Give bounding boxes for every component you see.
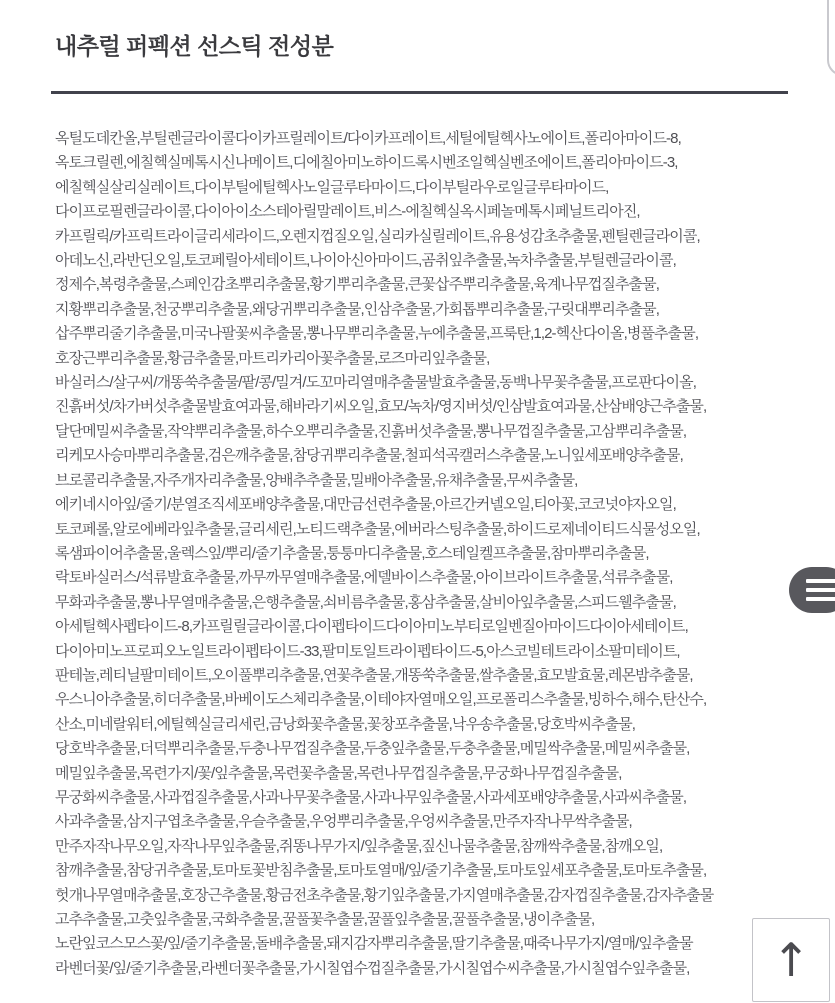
ingredients-line: 록샘파이어추출물,울렉스잎/뿌리/줄기추출물,퉁퉁마디추출물,호스테일켈프추출물…: [55, 542, 815, 566]
ingredients-line: 락토바실러스/석류발효추출물,까무까무열매추출물,에델바이스추출물,아이브라이트…: [55, 566, 815, 590]
ingredients-line: 메밀잎추출물,목련가지/꽃/잎추출물,목련꽃추출물,목련나무껍질추출물,무궁화나…: [55, 762, 815, 786]
ingredients-line: 고추추출물,고춧잎추출물,국화추출물,꿀풀꽃추출물,꿀풀잎추출물,꿀풀추출물,냉…: [55, 908, 815, 932]
ingredients-line: 무화과추출물,뽕나무열매추출물,은행추출물,쇠비름추출물,홍삼추출물,살비아잎추…: [55, 591, 815, 615]
ingredients-line: 판테놀,레티닐팔미테이트,오이풀뿌리추출물,연꽃추출물,개똥쑥추출물,쌀추출물,…: [55, 664, 815, 688]
ingredients-line: 호장근뿌리추출물,황금추출물,마트리카리아꽃추출물,로즈마리잎추출물,: [55, 347, 815, 371]
ingredients-line: 진흙버섯/차가버섯추출물발효여과물,해바라기씨오일,효모/녹차/영지버섯/인삼발…: [55, 395, 815, 419]
ingredients-line: 달단메밀씨추출물,작약뿌리추출물,하수오뿌리추출물,진흙버섯추출물,뽕나무껍질추…: [55, 420, 815, 444]
up-arrow-icon: ↑: [772, 937, 811, 983]
ingredients-line: 사과추출물,삼지구엽초추출물,우슬추출물,우엉뿌리추출물,우엉씨추출물,만주자작…: [55, 810, 815, 834]
ingredients-line: 아데노신,라반딘오일,토코페릴아세테이트,나이아신아마이드,곰취잎추출물,녹차추…: [55, 249, 815, 273]
ingredients-line: 노란잎코스모스꽃/잎/줄기추출물,돌배추출물,돼지감자뿌리추출물,딸기추출물,때…: [55, 932, 815, 956]
ingredients-line: 산소,미네랄워터,에틸헥실글리세린,금낭화꽃추출물,꽃창포추출물,낙우송추출물,…: [55, 713, 815, 737]
ingredients-line: 옥틸도데칸올,부틸렌글라이콜다이카프릴레이트/다이카프레이트,세틸에틸헥사노에이…: [55, 127, 815, 151]
ingredients-line: 참깨추출물,참당귀추출물,토마토꽃받침추출물,토마토열매/잎/줄기추출물,토마토…: [55, 859, 815, 883]
ingredients-line: 카프릴릭/카프릭트라이글리세라이드,오렌지껍질오일,실리카실릴레이트,유용성감초…: [55, 225, 815, 249]
ingredients-line: 삽주뿌리줄기추출물,미국나팔꽃씨추출물,뽕나무뿌리추출물,누에추출물,프룩탄,1…: [55, 322, 815, 346]
ingredients-line: 리케모사승마뿌리추출물,검은깨추출물,참당귀뿌리추출물,철피석곡캘러스추출물,노…: [55, 444, 815, 468]
ingredients-line: 옥토크릴렌,에칠헥실메톡시신나메이트,디에칠아미노하이드록시벤조일헥실벤조에이트…: [55, 151, 815, 175]
ingredients-line: 정제수,복령추출물,스페인감초뿌리추출물,황기뿌리추출물,큰꽃삽주뿌리추출물,육…: [55, 273, 815, 297]
ingredients-text-block: 옥틸도데칸올,부틸렌글라이콜다이카프릴레이트/다이카프레이트,세틸에틸헥사노에이…: [55, 127, 815, 981]
scroll-to-top-button[interactable]: ↑: [752, 918, 830, 1002]
ingredients-line: 라벤더꽃/잎/줄기추출물,라벤더꽃추출물,가시칠엽수껍질추출물,가시칠엽수씨추출…: [55, 957, 815, 981]
ingredients-line: 토코페롤,알로에베라잎추출물,글리세린,노티드랙추출물,에버라스팅추출물,하이드…: [55, 518, 815, 542]
title-divider: [51, 91, 788, 94]
ingredients-line: 헛개나무열매추출물,호장근추출물,황금전초추출물,황기잎추출물,가지열매추출물,…: [55, 884, 815, 908]
ingredients-line: 에키네시아잎/줄기/분열조직세포배양추출물,대만금선련추출물,아르간커넬오일,티…: [55, 493, 815, 517]
ingredients-line: 바실러스/살구씨/개똥쑥추출물/팥/콩/밀겨/도꼬마리열매추출물발효추출물,동백…: [55, 371, 815, 395]
ingredients-line: 무궁화씨추출물,사과껍질추출물,사과나무꽃추출물,사과나무잎추출물,사과세포배양…: [55, 786, 815, 810]
ingredients-line: 지황뿌리추출물,천궁뿌리추출물,왜당귀뿌리추출물,인삼추출물,가회톱뿌리추출물,…: [55, 298, 815, 322]
ingredients-line: 우스니아추출물,히더추출물,바베이도스체리추출물,이테야자열매오일,프로폴리스추…: [55, 688, 815, 712]
side-menu-button[interactable]: [789, 567, 835, 613]
ingredients-line: 다이아미노프로피오노일트라이펩타이드-33,팔미토일트라이펩타이드-5,아스코빌…: [55, 640, 815, 664]
ingredients-line: 브로콜리추출물,자주개자리추출물,양배추추출물,밀배아추출물,유채추출물,무씨추…: [55, 469, 815, 493]
ingredients-line: 만주자작나무오일,자작나무잎추출물,쥐똥나무가지/잎추출물,짚신나물추출물,참깨…: [55, 835, 815, 859]
page-title: 내추럴 퍼펙션 선스틱 전성분: [55, 28, 333, 61]
corner-button-outline: [827, 0, 835, 76]
ingredients-line: 에칠헥실살리실레이트,다이부틸에틸헥사노일글루타마이드,다이부틸라우로일글루타마…: [55, 176, 815, 200]
ingredients-line: 아세틸헥사펩타이드-8,카프릴릴글라이콜,다이펩타이드다이아미노부티로일벤질아마…: [55, 615, 815, 639]
hamburger-icon: [806, 579, 835, 601]
ingredients-page: 내추럴 퍼펙션 선스틱 전성분 옥틸도데칸올,부틸렌글라이콜다이카프릴레이트/다…: [0, 0, 835, 1003]
ingredients-line: 다이프로필렌글라이콜,다이아이소스테아릴말레이트,비스-에칠헥실옥시페놀메톡시페…: [55, 200, 815, 224]
ingredients-line: 당호박추출물,더덕뿌리추출물,두충나무껍질추출물,두충잎추출물,두충추출물,메밀…: [55, 737, 815, 761]
